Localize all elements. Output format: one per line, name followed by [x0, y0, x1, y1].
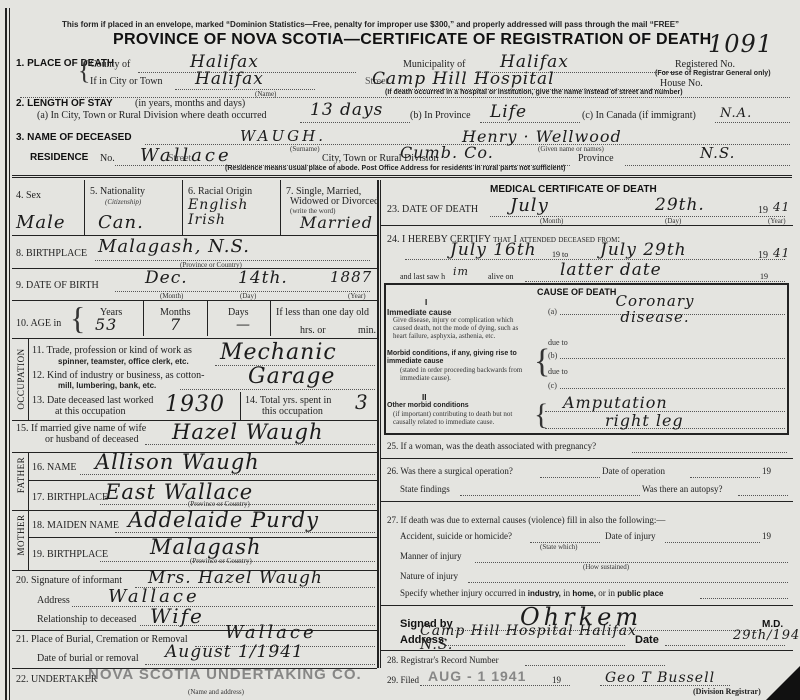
q27-specify-text: Specify whether injury occurred in [400, 588, 525, 598]
q26-autopsy: Was there an autopsy? [642, 484, 723, 494]
stay-province-line [480, 122, 580, 123]
stay-city-label: (a) In City, Town or Rural Division wher… [37, 110, 267, 121]
alive-on-label: alive on [488, 272, 514, 281]
record-number-handwritten: 1091 [708, 30, 773, 58]
row-divider [12, 268, 377, 269]
father-name-line [80, 474, 375, 475]
county-label: County of [90, 59, 130, 70]
signature-date-value: 29th/1941 [733, 628, 800, 643]
deceased-label: 3. NAME OF DECEASED [16, 132, 132, 143]
residence-note: (Residence means usual place of abode. P… [225, 165, 566, 172]
morbid-conditions-note: (stated in order proceeding backwards fr… [400, 366, 528, 382]
row-divider [381, 501, 793, 503]
box-divider [280, 180, 281, 235]
box-divider [182, 180, 183, 235]
father-name-label: 16. NAME [32, 462, 76, 473]
father-birthplace-label: 17. BIRTHPLACE [32, 492, 108, 503]
occupation-subdivider [240, 392, 241, 420]
q26-autopsy-line [738, 495, 788, 496]
spouse-label-1: 15. If married give name of wife [16, 423, 146, 434]
street-value: Camp Hill Hospital [372, 69, 555, 89]
registrar-signature: Geo T Bussell [605, 670, 715, 686]
age-days: — [236, 317, 251, 333]
length-of-stay-label: 2. LENGTH OF STAY [16, 98, 113, 109]
age-label: 10. AGE in [16, 318, 61, 329]
row-divider [381, 458, 793, 460]
nationality-value: Can. [98, 212, 144, 233]
q27-nature: Nature of injury [400, 571, 458, 581]
mail-notice: This form if placed in an envelope, mark… [62, 20, 679, 29]
burial-place-value: Wallace [225, 622, 317, 643]
racial-value: English Irish [188, 198, 268, 228]
q27-public: public place [617, 589, 663, 598]
roman-2: II [422, 393, 426, 402]
q26-year: 19 [762, 466, 771, 476]
trade-value: Mechanic [220, 340, 337, 365]
date-of-death-year-prefix: 19 [758, 205, 768, 216]
nationality-caption: (Citizenship) [105, 198, 141, 206]
spouse-label-2: or husband of deceased [45, 434, 139, 445]
q27-specify: Specify whether injury occurred in indus… [400, 588, 663, 598]
filed-label: 29. Filed [387, 675, 419, 685]
death-month-caption: (Month) [540, 217, 563, 225]
q27-in: in [563, 588, 570, 598]
left-border-inner [9, 8, 10, 700]
date-of-death-day: 29th. [655, 195, 705, 215]
box-divider [84, 180, 85, 235]
age-years: 53 [95, 315, 117, 334]
last-worked-label-1: 13. Date deceased last worked [32, 395, 153, 406]
father-name-value: Allison Waugh [95, 450, 260, 474]
residence-label: RESIDENCE [30, 152, 88, 163]
stay-province-label: (b) In Province [410, 110, 471, 121]
q27-nature-line [468, 582, 788, 583]
burial-date-label: Date of burial or removal [37, 653, 139, 664]
age-min-label: min. [358, 325, 376, 336]
death-year-caption: (Year) [768, 217, 786, 225]
residence-city-value: Cumb. Co. [400, 143, 494, 162]
cause-a-label: (a) [548, 307, 557, 316]
stay-city-line [300, 122, 410, 123]
dob-year: 1887 [330, 268, 372, 286]
alive-on-value: latter date [560, 260, 662, 280]
informant-signature: Mrs. Hazel Waugh [148, 568, 323, 588]
dob-month-caption: (Month) [160, 292, 183, 300]
row-divider [12, 300, 377, 301]
occupation-divider [28, 338, 29, 420]
hospital-note: (If death occurred in a hospital or inst… [385, 89, 683, 96]
registrar-note: (For use of Registrar General only) [655, 70, 771, 77]
mother-birthplace-value: Malagash [150, 535, 262, 559]
dob-month: Dec. [145, 268, 188, 288]
q27-how-sustained: (How sustained) [583, 563, 629, 571]
informant-label: 20. Signature of informant [16, 575, 122, 586]
q27-date-line [665, 542, 760, 543]
brace: { [78, 58, 90, 84]
date-of-death-label: 23. DATE OF DEATH [387, 204, 478, 215]
cause-b-line [560, 358, 785, 359]
q26-findings: State findings [400, 484, 450, 494]
residence-province-line [625, 165, 790, 166]
roman-1: I [425, 298, 427, 307]
mother-section-label: MOTHER [16, 506, 26, 564]
sex-value: Male [16, 212, 66, 233]
q26-date-label: Date of operation [602, 466, 665, 476]
length-of-stay-note: (in years, months and days) [135, 98, 245, 109]
city-line [175, 89, 315, 90]
father-section-label: FATHER [16, 446, 26, 504]
mother-maiden-label: 18. MAIDEN NAME [32, 520, 119, 531]
q27-or: or in [598, 588, 615, 598]
q27-industry: industry, [528, 589, 561, 598]
record-number-line [525, 665, 665, 666]
stay-city-value: 13 days [310, 100, 383, 120]
total-years-label-2: this occupation [262, 406, 323, 417]
racial-label: 6. Racial Origin [188, 186, 252, 197]
house-no-label: House No. [660, 78, 703, 89]
last-worked-value: 1930 [165, 392, 225, 417]
q27-year: 19 [762, 531, 771, 541]
q27-external-causes: 27. If death was due to external causes … [387, 515, 665, 525]
marital-label-2: Widowed or Divorced [290, 196, 379, 207]
birthplace-label: 8. BIRTHPLACE [16, 248, 87, 259]
row-divider [12, 630, 377, 631]
due-to-2: due to [548, 367, 568, 376]
signature-date-label: Date [635, 634, 659, 646]
filed-stamp: AUG - 1 1941 [428, 668, 526, 684]
row-divider [381, 225, 793, 226]
informant-address-label: Address [37, 595, 70, 606]
medical-certificate-title: MEDICAL CERTIFICATE OF DEATH [490, 184, 657, 195]
attended-from: July 16th [450, 240, 537, 260]
dob-year-caption: (Year) [348, 292, 366, 300]
mother-maiden-value: Addelaide Purdy [128, 508, 319, 532]
cause-c-label: (c) [548, 381, 557, 390]
signature-address-value: Camp Hill Hospital Halifax N.S. [420, 624, 650, 652]
q27-home: home, [572, 589, 596, 598]
trade-label-2: spinner, teamster, office clerk, etc. [58, 357, 189, 366]
last-worked-label-2: at this occupation [55, 406, 126, 417]
relationship-label: Relationship to deceased [37, 614, 136, 625]
alive-on-line [525, 281, 785, 282]
page-title: PROVINCE OF NOVA SCOTIA—CERTIFICATE OF R… [113, 31, 711, 49]
section-divider [12, 175, 792, 178]
q27-accident: Accident, suicide or homicide? [400, 531, 512, 541]
page-corner-fold [766, 666, 800, 700]
burial-date-value: August 1/1941 [165, 642, 304, 662]
sex-label: 4. Sex [16, 190, 41, 201]
age-brace: { [70, 302, 85, 334]
registered-no-label: Registered No. [675, 59, 735, 70]
dob-day-caption: (Day) [240, 292, 256, 300]
age-hrs-label: hrs. or [300, 325, 326, 336]
occupation-section-label: OCCUPATION [16, 343, 26, 415]
immediate-cause-note: Give disease, injury or complication whi… [393, 316, 528, 340]
cause-a-value: Coronary disease. [580, 293, 730, 325]
q26-line [540, 477, 600, 478]
mother-birthplace-label: 19. BIRTHPLACE [32, 549, 108, 560]
burial-place-label: 21. Place of Burial, Cremation or Remova… [16, 634, 188, 645]
alive-year: 19 [760, 272, 768, 281]
other-conditions-label: Other morbid conditions [387, 402, 469, 409]
other-brace: { [534, 400, 548, 430]
mother-maiden-line [115, 532, 375, 533]
marital-value: Married [300, 213, 373, 232]
undertaker-label: 22. UNDERTAKER [16, 674, 97, 685]
industry-label-1: 12. Kind of industry or business, as cot… [32, 370, 205, 381]
birthplace-value: Malagash, N.S. [98, 236, 250, 257]
left-border [5, 8, 7, 700]
city-value: Halifax [195, 69, 264, 89]
date-of-death-year: 41 [773, 200, 790, 214]
relationship-value: Wife [150, 604, 204, 628]
stay-canada-label: (c) In Canada (if immigrant) [582, 110, 696, 121]
death-certificate: This form if placed in an envelope, mark… [0, 0, 800, 700]
industry-line [180, 389, 375, 390]
attended-year: 41 [773, 246, 790, 260]
trade-label-1: 11. Trade, profession or kind of work as [32, 345, 192, 356]
attended-year-prefix: 19 [758, 250, 768, 261]
filed-line [420, 685, 570, 686]
industry-value: Garage [248, 364, 335, 389]
residence-no-label: No. [100, 153, 115, 164]
signature-date-line [665, 645, 785, 646]
q26-operation: 26. Was there a surgical operation? [387, 466, 513, 476]
age-less-label: If less than one day old [276, 307, 369, 318]
deceased-surname: WAUGH. [240, 127, 326, 145]
other-condition-value-1: Amputation [563, 393, 668, 412]
undertaker-caption: (Name and address) [188, 688, 244, 696]
burial-date-line [145, 664, 375, 665]
place-of-death-label: 1. PLACE OF DEATH [16, 58, 76, 69]
residence-province-label: Province [578, 153, 614, 164]
surname-caption: (Surname) [290, 145, 320, 153]
age-divider [143, 300, 144, 336]
last-saw-label: and last saw h [400, 272, 445, 281]
last-saw-pronoun: im [453, 265, 469, 278]
spouse-line [145, 444, 375, 445]
residence-street-value: Wallace [140, 145, 232, 166]
q26-findings-line [460, 495, 640, 496]
date-of-death-month: July [510, 195, 549, 216]
q25-pregnancy: 25. If a woman, was the death associated… [387, 441, 596, 451]
q25-line [632, 452, 787, 453]
age-months: 7 [170, 315, 181, 334]
cause-b-label: (b) [548, 351, 557, 360]
stay-canada-line [715, 122, 790, 123]
stay-province-value: Life [490, 102, 527, 122]
column-divider-inner [380, 180, 381, 668]
date-of-death-line [490, 216, 785, 217]
cause-c-line [560, 388, 785, 389]
total-years-value: 3 [355, 390, 369, 414]
spouse-value: Hazel Waugh [172, 420, 324, 444]
industry-label-2: mill, lumbering, bank, etc. [58, 381, 156, 390]
due-to-1: due to [548, 338, 568, 347]
total-years-label-1: 14. Total yrs. spent in [245, 395, 331, 406]
q27-manner-line [475, 562, 788, 563]
mother-birthplace-caption: (Province or Country) [190, 557, 252, 565]
attended-to: July 29th [600, 240, 687, 260]
other-conditions-note: (if important) contributing to death but… [393, 410, 528, 426]
row-divider [381, 650, 793, 651]
death-day-caption: (Day) [665, 217, 681, 225]
residence-province-value: N.S. [700, 144, 735, 162]
age-divider [207, 300, 208, 336]
registrar-caption: (Division Registrar) [693, 687, 761, 696]
age-divider [270, 300, 271, 336]
q27-manner: Manner of injury [400, 551, 461, 561]
row-divider [12, 338, 377, 339]
dob-day: 14th. [238, 268, 288, 288]
nationality-label: 5. Nationality [90, 186, 145, 197]
q26-date-line [690, 477, 760, 478]
other-condition-value-2: right leg [605, 411, 684, 430]
q27-date-label: Date of injury [605, 531, 655, 541]
given-caption: (Given name or names) [538, 145, 604, 153]
q27-state-which: (State which) [540, 543, 578, 551]
morbid-conditions-label: Morbid conditions, if any, giving rise t… [387, 350, 527, 366]
father-birthplace-caption: (Province or Country) [188, 500, 250, 508]
dob-label: 9. DATE OF BIRTH [16, 280, 99, 291]
undertaker-stamp: NOVA SCOTIA UNDERTAKING CO. [88, 666, 362, 683]
record-number-label: 28. Registrar's Record Number [387, 655, 499, 665]
city-label: If in City or Town [90, 76, 162, 87]
q27-specify-line [700, 598, 788, 599]
stay-canada-value: N.A. [720, 106, 752, 121]
attended-to-label: 19 to [552, 250, 568, 259]
column-divider [377, 180, 379, 668]
filed-year: 19 [552, 675, 561, 685]
